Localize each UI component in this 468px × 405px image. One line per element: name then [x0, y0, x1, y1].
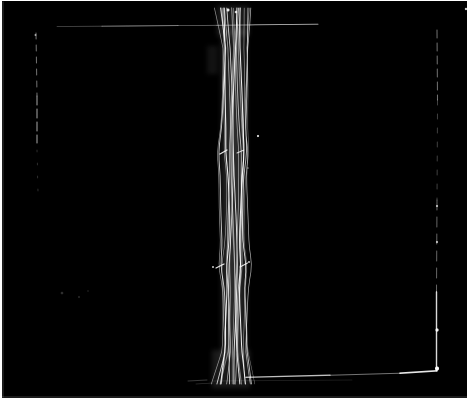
- edge-map-image: [0, 0, 468, 405]
- haze-patch: [207, 46, 218, 74]
- speck: [235, 11, 238, 14]
- speck: [435, 328, 438, 331]
- speck: [212, 266, 214, 268]
- speck: [435, 367, 439, 371]
- speck: [61, 292, 64, 295]
- edge-map-svg: [0, 0, 468, 405]
- book-top-edge-left-b: [102, 26, 178, 27]
- speck: [78, 296, 80, 298]
- speck: [436, 205, 438, 207]
- speck: [248, 261, 250, 263]
- speck: [227, 9, 230, 12]
- speck: [87, 290, 89, 292]
- speck: [247, 167, 249, 169]
- speck: [35, 34, 37, 36]
- speck: [436, 241, 438, 243]
- speck: [257, 135, 259, 137]
- speck: [465, 8, 467, 10]
